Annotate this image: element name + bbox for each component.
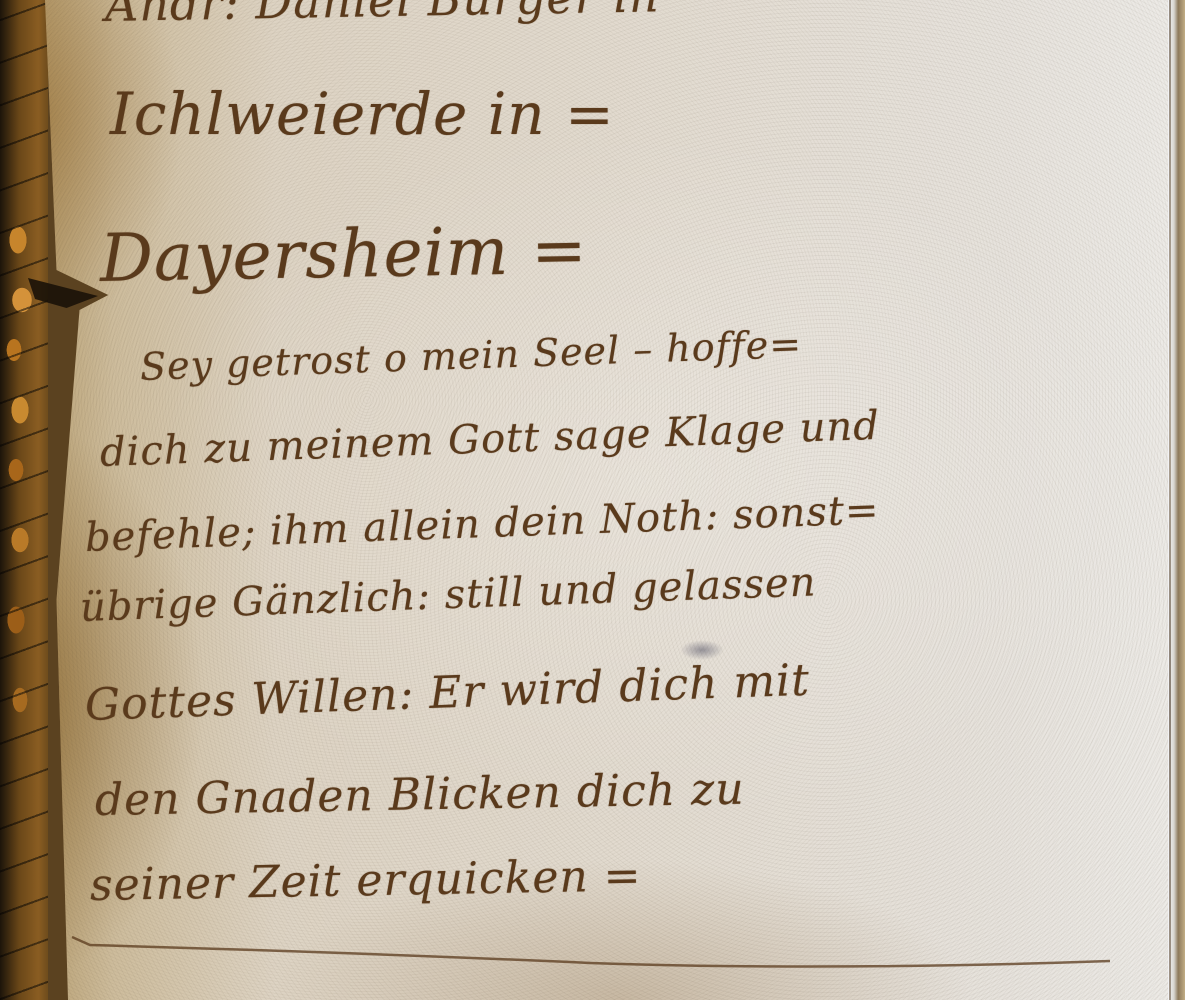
- handwritten-line-2: Ichlweierde in =: [110, 80, 615, 148]
- marbled-binding: [0, 0, 48, 1000]
- handwritten-line-3: Dayersheim =: [99, 211, 588, 296]
- handwritten-line-10: seiner Zeit erquicken =: [90, 850, 642, 911]
- manuscript-photo: Andr: Daniel Burger in Ichlweierde in = …: [0, 0, 1185, 1000]
- flourish-stroke: [70, 935, 1110, 975]
- page-edge-line: [1169, 0, 1171, 1000]
